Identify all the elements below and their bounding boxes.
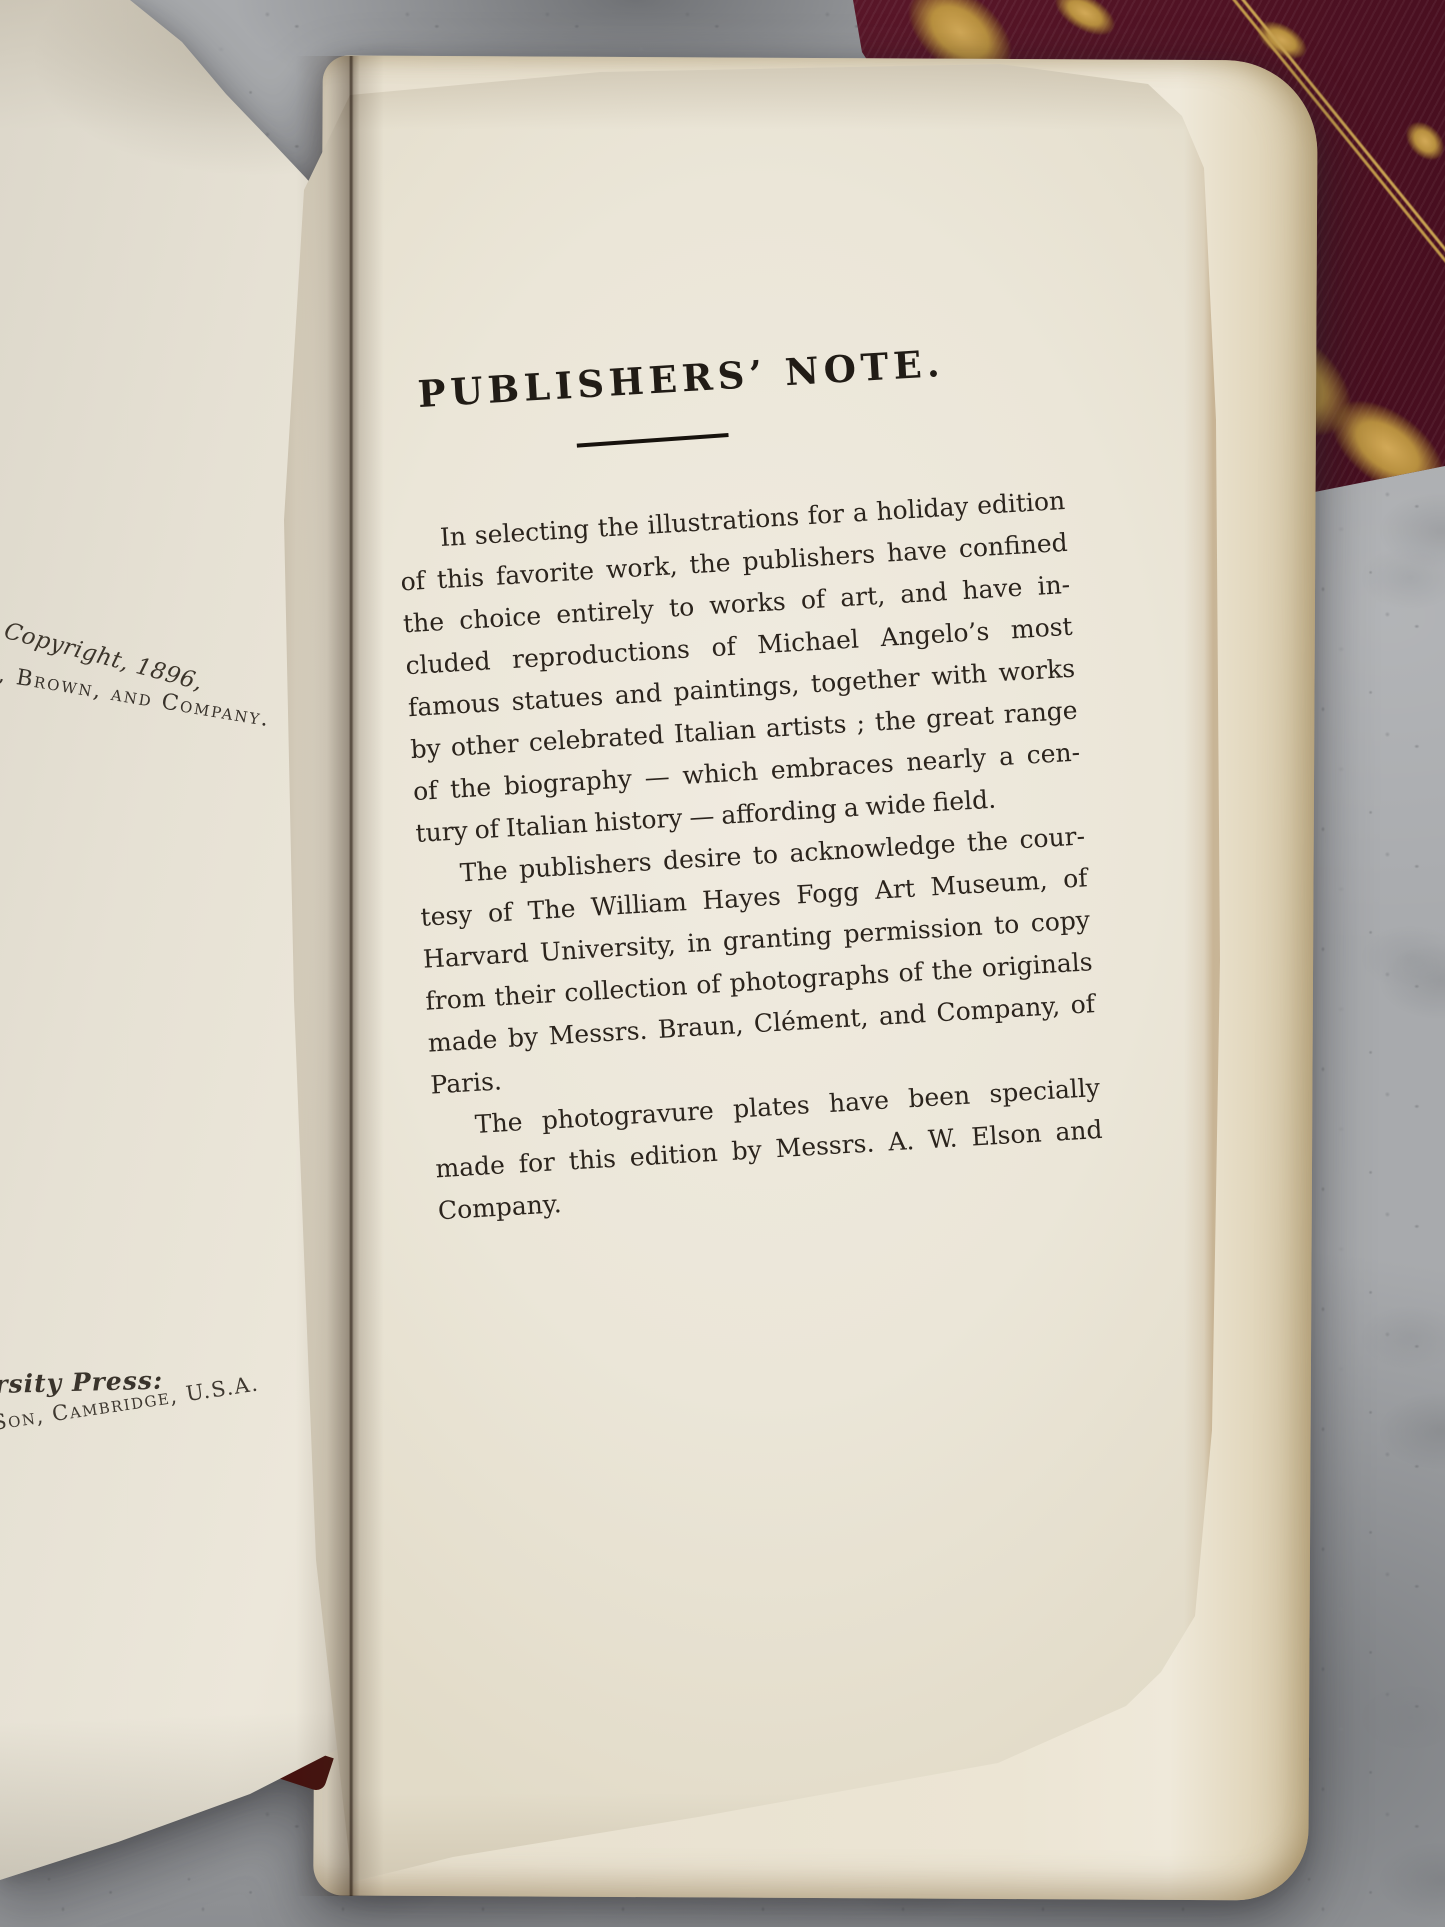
open-book: Copyright, 1896, e, Brown, and Company. … — [0, 0, 1445, 1927]
publishers-note-content: PUBLISHERS’ NOTE. In selecting the illus… — [388, 334, 1106, 1232]
title-rule — [577, 433, 729, 448]
note-body: In selecting the illustrations for a hol… — [397, 480, 1106, 1232]
photo-of-open-book: Copyright, 1896, e, Brown, and Company. … — [0, 0, 1445, 1927]
printer-imprint-block: rsity Press: Son, Cambridge, U.S.A. — [0, 1370, 254, 1435]
copyright-block: Copyright, 1896, e, Brown, and Company. — [0, 618, 280, 685]
